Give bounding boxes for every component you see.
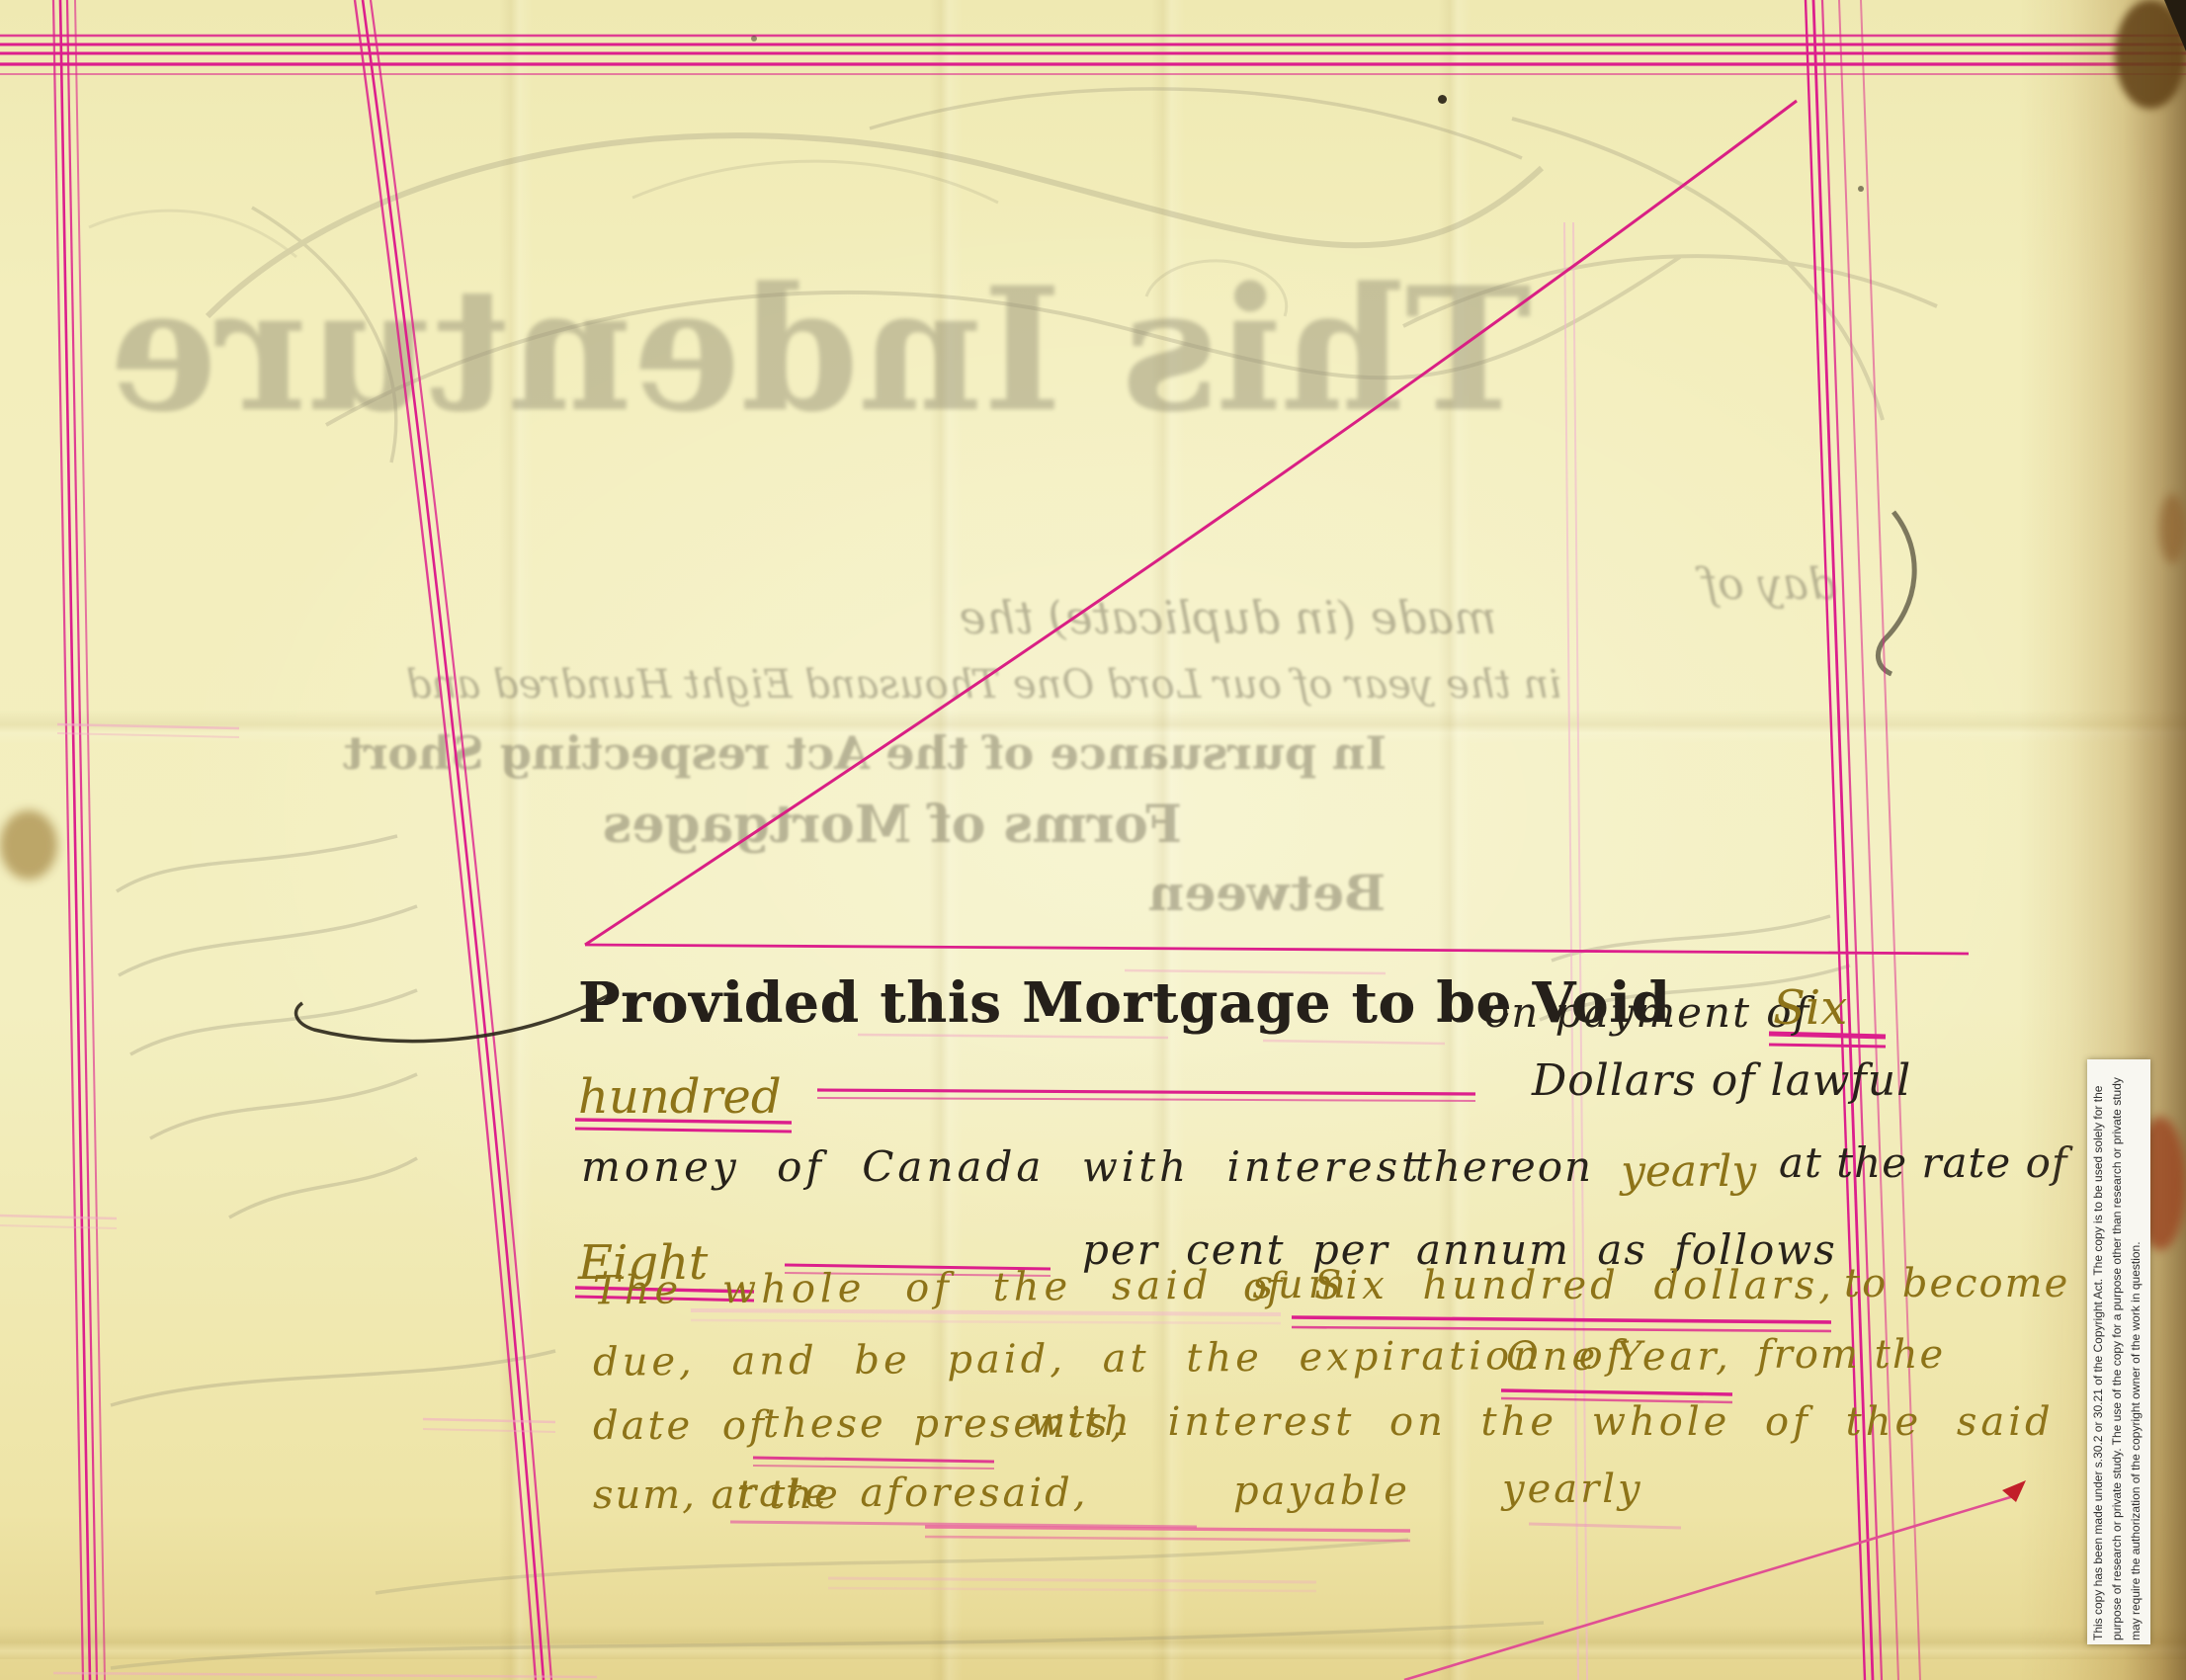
terms-line2-one-year: One Year,	[1506, 1334, 1732, 1380]
left-edge-fold-mark	[0, 810, 57, 880]
terms-line4-payable: payable	[1233, 1469, 1410, 1514]
terms-line2-lead: due, and be paid, at the expiration of	[593, 1332, 1626, 1385]
ink-speck	[1438, 95, 1447, 104]
copyright-label-text: This copy has been made under s.30.2 or …	[2087, 1059, 2150, 1644]
proviso-thereon: thereon	[1415, 1142, 1593, 1191]
terms-line4-rate-aforesaid: rate aforesaid,	[737, 1470, 1088, 1516]
proviso-yearly: yearly	[1621, 1146, 1756, 1197]
terms-line2-tail: from the	[1757, 1332, 1945, 1378]
ink-speck	[751, 36, 757, 42]
amount-word-hundred: hundred	[578, 1069, 782, 1125]
terms-line1-amount: Six hundred dollars,	[1314, 1263, 1835, 1308]
initial-swash	[296, 994, 611, 1042]
proviso-money-line: money of Canada with interest	[581, 1142, 1422, 1191]
terms-line3-date-of: date of	[593, 1403, 767, 1449]
left-border-rules	[53, 0, 105, 1680]
faint-pink-fragments	[0, 724, 1445, 1677]
terms-line1-of: of	[1243, 1265, 1282, 1310]
proviso-dollars-lawful: Dollars of lawful	[1532, 1055, 1911, 1106]
scanned-mortgage-document: This Indenture made (in duplicate) the d…	[0, 0, 2186, 1680]
terms-line1-lead: The whole of the said sum	[593, 1262, 1351, 1314]
terms-line4-yearly: yearly	[1502, 1467, 1643, 1512]
flourish-ornament	[89, 89, 1937, 462]
bottom-diagonal-line	[1404, 1495, 2017, 1680]
main-diagonal-line	[585, 101, 1797, 945]
proviso-on-payment: on payment of	[1484, 988, 1810, 1037]
ink-speck	[1858, 186, 1864, 192]
mid-horizontal-rule	[585, 945, 1969, 954]
amount-word-six: Six	[1773, 980, 1847, 1036]
terms-line3-tail: with interest on the whole of the said	[1030, 1399, 2055, 1445]
edge-stain	[2159, 494, 2186, 563]
top-border-rules	[0, 36, 2186, 74]
copyright-label: This copy has been made under s.30.2 or …	[2087, 1059, 2150, 1644]
